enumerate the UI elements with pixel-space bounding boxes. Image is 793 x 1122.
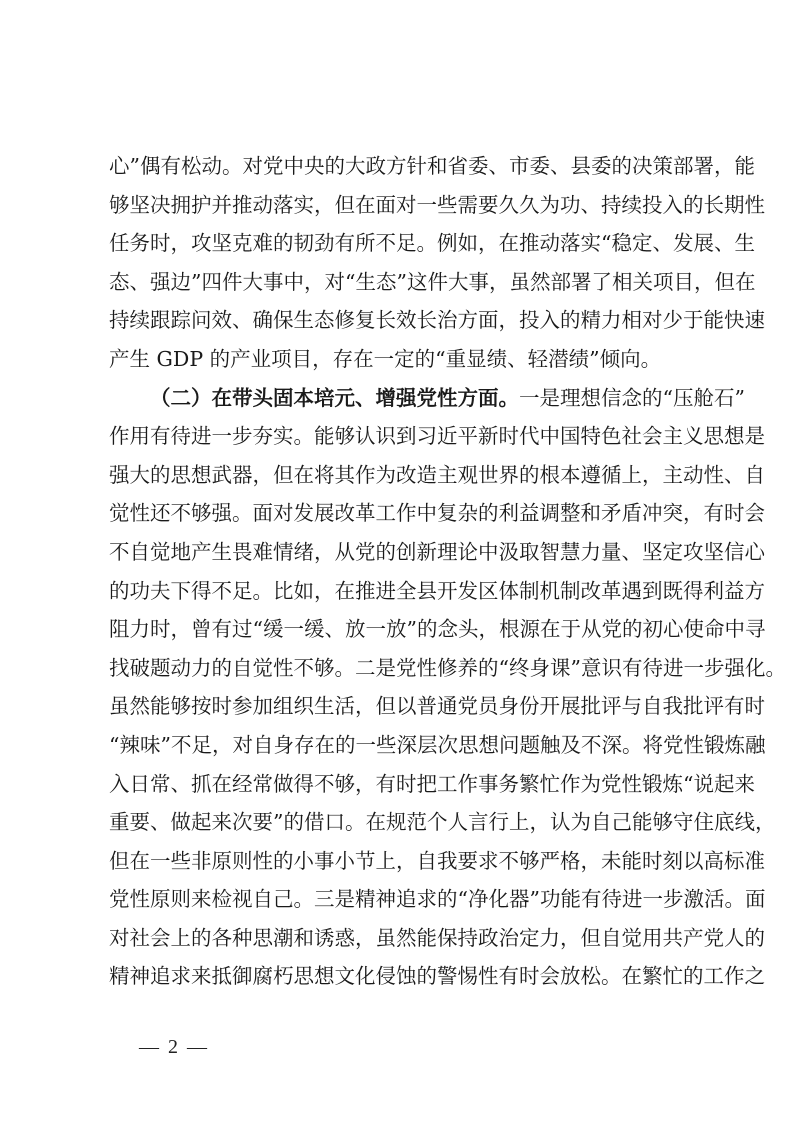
text-line: 但在一些非原则性的小事小节上，自我要求不够严格，未能时刻以高标准 bbox=[109, 842, 693, 881]
text-line: 心”偶有松动。对党中央的大政方针和省委、市委、县委的决策部署，能 bbox=[109, 147, 693, 186]
text-line: 阻力时，曾有过“缓一缓、放一放”的念头，根源在于从党的初心使命中寻 bbox=[109, 610, 693, 649]
text-line: 对社会上的各种思潮和诱惑，虽然能保持政治定力，但自觉用共产党人的 bbox=[109, 919, 693, 958]
text-line: 觉性还不够强。面对发展改革工作中复杂的利益调整和矛盾冲突，有时会 bbox=[109, 494, 693, 533]
text-fragment: 一是理想信念的“压舱石” bbox=[519, 386, 745, 410]
text-line: 产生 GDP 的产业项目，存在一定的“重显绩、轻潜绩”倾向。 bbox=[109, 340, 693, 379]
text-line: 态、强边”四件大事中，对“生态”这件大事，虽然部署了相关项目，但在 bbox=[109, 263, 693, 302]
document-body: 心”偶有松动。对党中央的大政方针和省委、市委、县委的决策部署，能 够坚决拥护并推… bbox=[109, 147, 693, 996]
text-line: 不自觉地产生畏难情绪，从党的创新理论中汲取智慧力量、坚定攻坚信心 bbox=[109, 533, 693, 572]
section-heading: （二）在带头固本培元、增强党性方面。 bbox=[150, 386, 519, 410]
text-line: 任务时，攻坚克难的韧劲有所不足。例如，在推动落实“稳定、发展、生 bbox=[109, 224, 693, 263]
section-heading-line: （二）在带头固本培元、增强党性方面。一是理想信念的“压舱石” bbox=[109, 379, 693, 418]
text-line: 虽然能够按时参加组织生活，但以普通党员身份开展批评与自我批评有时 bbox=[109, 687, 693, 726]
document-page: 心”偶有松动。对党中央的大政方针和省委、市委、县委的决策部署，能 够坚决拥护并推… bbox=[0, 0, 793, 1122]
text-line: 精神追求来抵御腐朽思想文化侵蚀的警惕性有时会放松。在繁忙的工作之 bbox=[109, 957, 693, 996]
text-line: 作用有待进一步夯实。能够认识到习近平新时代中国特色社会主义思想是 bbox=[109, 417, 693, 456]
text-line: “辣味”不足，对自身存在的一些深层次思想问题触及不深。将党性锻炼融 bbox=[109, 726, 693, 765]
text-line: 重要、做起来次要”的借口。在规范个人言行上，认为自己能够守住底线， bbox=[109, 803, 693, 842]
text-line: 强大的思想武器，但在将其作为改造主观世界的根本遵循上，主动性、自 bbox=[109, 456, 693, 495]
text-line: 持续跟踪问效、确保生态修复长效长治方面，投入的精力相对少于能快速 bbox=[109, 301, 693, 340]
text-line: 够坚决拥护并推动落实，但在面对一些需要久久为功、持续投入的长期性 bbox=[109, 186, 693, 225]
text-line: 的功夫下得不足。比如，在推进全县开发区体制机制改革遇到既得利益方 bbox=[109, 572, 693, 611]
text-line: 入日常、抓在经常做得不够，有时把工作事务繁忙作为党性锻炼“说起来 bbox=[109, 765, 693, 804]
page-number: — 2 — bbox=[139, 1036, 209, 1059]
text-line: 找破题动力的自觉性不够。二是党性修养的“终身课”意识有待进一步强化。 bbox=[109, 649, 693, 688]
text-line: 党性原则来检视自己。三是精神追求的“净化器”功能有待进一步激活。面 bbox=[109, 880, 693, 919]
